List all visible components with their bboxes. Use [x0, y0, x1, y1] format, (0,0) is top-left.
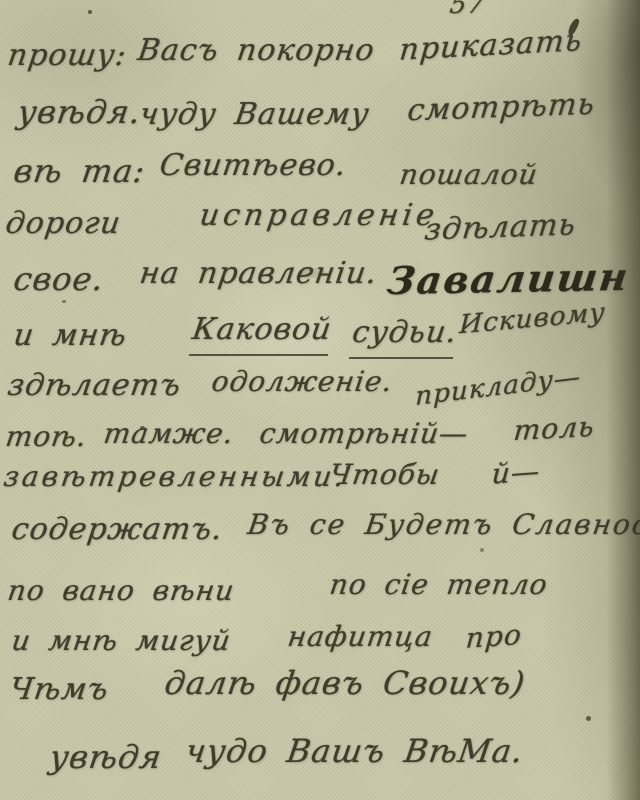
handwriting-word: и мнѣ [12, 318, 130, 353]
handwriting-word: прикладу— [415, 362, 581, 412]
handwriting-word: Васъ покорно [136, 33, 378, 68]
ink-smudge [298, 268, 326, 278]
handwriting-word: Искивому [459, 298, 607, 341]
handwriting-word: на правленіи. [138, 256, 380, 291]
ink-speck [346, 466, 350, 470]
handwriting-word: толь [512, 410, 596, 447]
ink-speck [480, 548, 484, 552]
handwriting-word: тоѣ. [4, 420, 90, 453]
handwriting-word: далѣ фавъ Своихъ) [162, 664, 528, 702]
handwriting-word: по сіе тепло [328, 568, 550, 601]
page-number: 57 [448, 0, 487, 20]
ink-speck [62, 300, 66, 303]
handwriting-word: й— [491, 454, 542, 490]
handwriting-word: свое. [11, 260, 106, 298]
handwriting-word: завѣтревленными. [2, 460, 349, 493]
handwriting-word: здѣлаетъ [6, 368, 184, 403]
handwriting-word: приказать [398, 23, 584, 67]
handwriting-word: прошу: [6, 38, 129, 73]
handwriting-word: вѣ та: [11, 152, 148, 190]
handwriting-word: увѣдя. [15, 93, 143, 131]
ink-speck [586, 716, 591, 721]
handwriting-word: Въ се Будетъ Славность [246, 508, 640, 541]
handwriting-word-emphasized: Завалишн [385, 254, 632, 303]
handwriting-word: исправленіе [198, 198, 441, 233]
handwriting-word: смотрѣній— [258, 417, 471, 450]
handwriting-word: Чѣмъ [8, 672, 111, 707]
handwriting-word: пошалой [398, 158, 540, 191]
handwriting-word: тамже. [102, 417, 236, 450]
handwriting-word: одолженіе. [210, 365, 395, 398]
handwriting-word: увѣдя [47, 738, 164, 776]
handwriting-word: чудо Вашъ ВѣМа. [183, 732, 526, 770]
handwriting-word: Свитѣево. [158, 148, 349, 183]
handwriting-word-underlined: судьи. [349, 315, 460, 359]
handwriting-word: по вано вѣни [6, 574, 237, 607]
handwriting-word: смотрѣть [406, 87, 597, 128]
handwriting-word: нафитца [286, 620, 436, 653]
handwriting-word: Чтобы [328, 458, 443, 491]
handwriting-word: здѣлать [423, 207, 578, 247]
page-gutter-shadow [606, 0, 640, 800]
handwriting-word: содержатъ. [10, 512, 226, 547]
manuscript-page: 57 прошу: Васъ покорно приказать увѣдя. … [0, 0, 640, 800]
handwriting-word: и мнѣ мигуй [10, 624, 234, 657]
handwriting-word: чуду Вашему [138, 97, 372, 132]
ink-speck [88, 10, 92, 14]
handwriting-word-underlined: Каковой [189, 312, 334, 356]
handwriting-word: дороги [4, 206, 124, 241]
handwriting-word: про [465, 618, 524, 655]
ink-speck [140, 426, 145, 430]
